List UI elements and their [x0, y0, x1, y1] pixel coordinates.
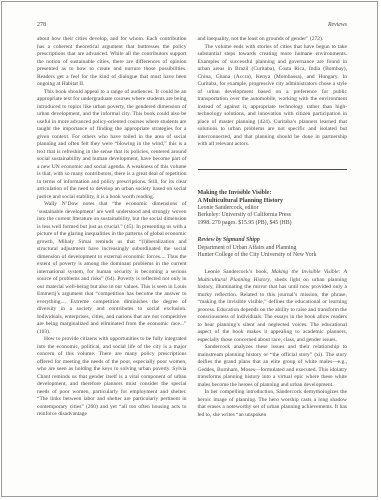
page-header: 278 Reviews	[37, 22, 347, 28]
paragraph: Wally N’Dow notes that “the economic dim…	[37, 201, 187, 336]
paragraph: In her compelling introduction, Sanderco…	[198, 389, 348, 419]
paragraph: The volume ends with stories of cities t…	[198, 44, 348, 149]
reviewer-byline: Review by Sigmund Shipp	[198, 237, 348, 245]
book-title-line1: Making the Invisible Visible:	[198, 189, 348, 197]
paragraph: This book should appeal to a range of au…	[37, 89, 187, 202]
book-title: Making the Invisible Visible: A Multicul…	[198, 189, 348, 205]
right-column: and inequality, not the least on grounds…	[198, 36, 348, 419]
text-segment: This book should appeal to a range of au…	[37, 89, 187, 200]
text-segment: , sheds light on urban planning history,…	[198, 277, 348, 343]
review-body: Leonie Sandercock’s book, Making the Inv…	[198, 269, 348, 419]
book-title-line2: A Multicultural Planning History	[198, 197, 348, 205]
book-publisher: Berkeley: University of California Press	[198, 212, 348, 220]
page-content: 278 Reviews about how their cities devel…	[2, 2, 377, 419]
text-segment: Wally N’Dow notes that “the economic dim…	[37, 201, 187, 335]
text-segment: The volume ends with stories of cities t…	[198, 44, 348, 148]
page-number: 278	[37, 22, 46, 28]
text-segment: Leonie Sandercock’s book,	[205, 269, 272, 275]
two-column-layout: about how their cities develop, and for …	[37, 36, 347, 419]
paragraph: and inequality, not the least on grounds…	[198, 36, 348, 44]
running-head: Reviews	[328, 22, 347, 28]
right-column-continuation: and inequality, not the least on grounds…	[198, 36, 348, 149]
text-segment: In her compelling introduction, Sanderco…	[198, 389, 348, 418]
text-segment: about how their cities develop, and for …	[37, 36, 187, 87]
paragraph: about how their cities develop, and for …	[37, 36, 187, 89]
text-segment: How to provide citizens with opportuniti…	[37, 336, 187, 417]
section-divider	[198, 169, 348, 170]
review-header: Making the Invisible Visible: A Multicul…	[198, 189, 348, 228]
book-details: 1998. 270 pages. $15.95 (PB), $45 (HB)	[198, 220, 348, 228]
text-segment: and inequality, not the least on grounds…	[198, 36, 324, 42]
left-column: about how their cities develop, and for …	[37, 36, 187, 419]
reviewer-block: Review by Sigmund Shipp Department of Ur…	[198, 237, 348, 260]
paragraph: Sandercock analyzes these issues and the…	[198, 344, 348, 389]
scanned-journal-page: 278 Reviews about how their cities devel…	[1, 1, 378, 497]
paragraph: How to provide citizens with opportuniti…	[37, 336, 187, 419]
reviewer-institution: Hunter College of the City University of…	[198, 252, 348, 260]
text-segment: Sandercock analyzes these issues and the…	[198, 344, 348, 388]
paragraph: Leonie Sandercock’s book, Making the Inv…	[198, 269, 348, 344]
